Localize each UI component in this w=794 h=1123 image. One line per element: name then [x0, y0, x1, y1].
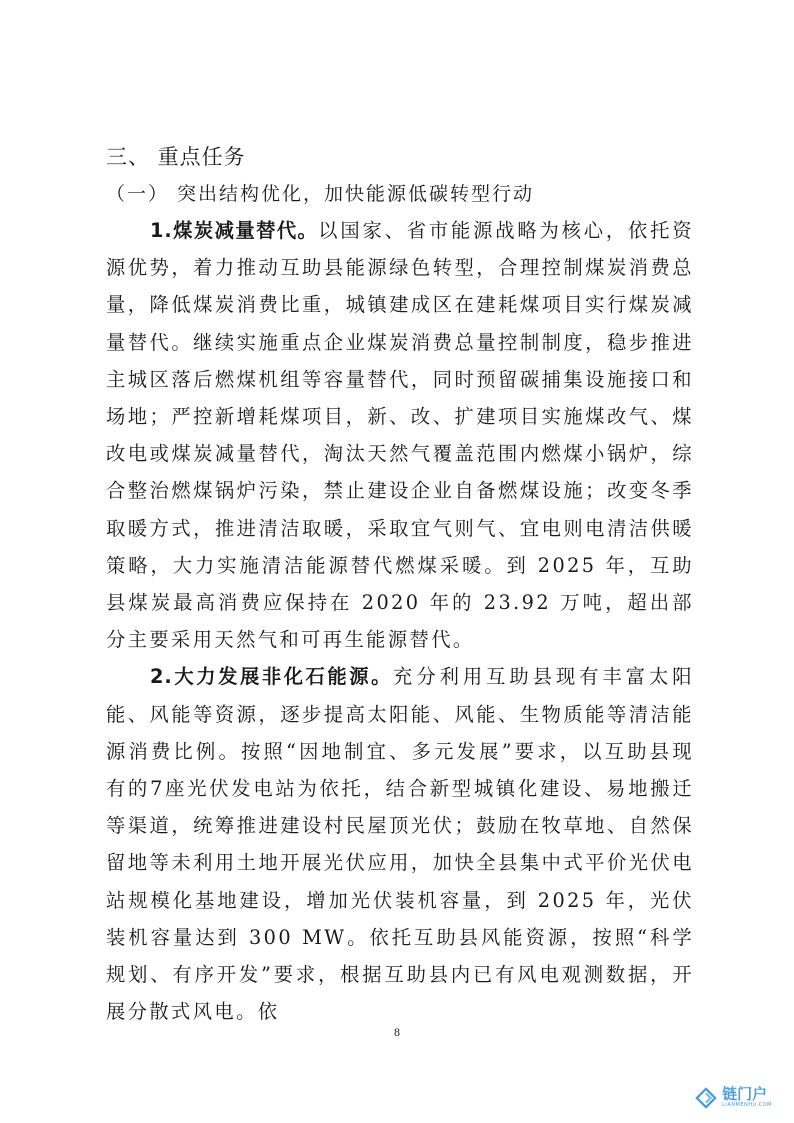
section-heading: 三、 重点任务: [106, 139, 694, 176]
watermark: 链门户 LIANMENHU.COM: [695, 1087, 772, 1109]
paragraph-coal-reduction: 1.煤炭减量替代。以国家、省市能源战略为核心，依托资源优势，着力推动互助县能源绿…: [106, 212, 694, 658]
paragraph-body: 充分利用互助县现有丰富太阳能、风能等资源，逐步提高太阳能、风能、生物质能等清洁能…: [106, 665, 694, 1023]
page-number: 8: [0, 1025, 794, 1040]
paragraph-non-fossil-energy: 2.大力发展非化石能源。充分利用互助县现有丰富太阳能、风能等资源，逐步提高太阳能…: [106, 658, 694, 1030]
document-page: 三、 重点任务 （一） 突出结构优化，加快能源低碳转型行动 1.煤炭减量替代。以…: [0, 0, 794, 1123]
watermark-name: 链门户: [722, 1087, 767, 1102]
page-content: 三、 重点任务 （一） 突出结构优化，加快能源低碳转型行动 1.煤炭减量替代。以…: [106, 139, 694, 1030]
chain-logo-icon: [695, 1087, 717, 1109]
watermark-text: 链门户 LIANMENHU.COM: [722, 1087, 772, 1109]
subsection-heading: （一） 突出结构优化，加快能源低碳转型行动: [106, 176, 694, 212]
paragraph-lead-title: 2.大力发展非化石能源。: [150, 665, 393, 688]
paragraph-body: 以国家、省市能源战略为核心，依托资源优势，着力推动互助县能源绿色转型，合理控制煤…: [106, 219, 694, 651]
watermark-subtitle: LIANMENHU.COM: [722, 1102, 772, 1109]
paragraph-lead-title: 1.煤炭减量替代。: [150, 219, 318, 242]
